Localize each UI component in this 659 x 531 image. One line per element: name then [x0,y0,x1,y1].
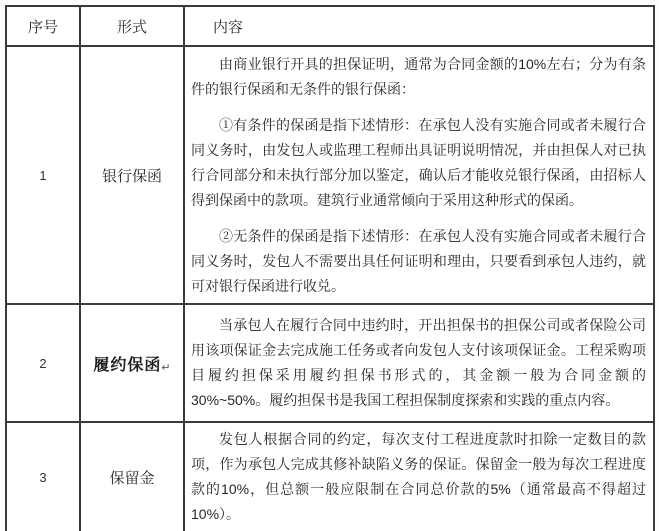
guarantee-forms-table: 序号 形式 内容 1 银行保函 由商业银行开具的担保证明，通常为合同金额的10%… [5,5,655,531]
column-header-number: 序号 [6,6,80,46]
form-label-performance-guarantee: 履约保函↵ [80,304,184,422]
document-page: 序号 形式 内容 1 银行保函 由商业银行开具的担保证明，通常为合同金额的10%… [0,0,659,531]
content-paragraph: 由商业银行开具的担保证明，通常为合同金额的10%左右；分为有条件的银行保函和无条… [191,52,646,102]
row-number: 3 [6,422,80,531]
content-cell-bank-guarantee: 由商业银行开具的担保证明，通常为合同金额的10%左右；分为有条件的银行保函和无条… [184,46,654,304]
content-paragraph: ②无条件的保函是指下述情形：在承包人没有实施合同或者未履行合同义务时，发包人不需… [191,224,646,299]
row-number: 2 [6,304,80,422]
content-paragraph: 发包人根据合同的约定，每次支付工程进度款时扣除一定数目的款项，作为承包人完成其修… [191,427,646,527]
form-label-bank-guarantee: 银行保函 [80,46,184,304]
column-header-content: 内容 [184,6,654,46]
form-label-retention-money: 保留金 [80,422,184,531]
row-number: 1 [6,46,80,304]
line-break-mark-icon: ↵ [161,362,170,374]
content-paragraph: ①有条件的保函是指下述情形：在承包人没有实施合同或者未履行合同义务时，由发包人或… [191,113,646,213]
header-row: 序号 形式 内容 [6,6,654,46]
content-paragraph: 当承包人在履行合同中违约时，开出担保书的担保公司或者保险公司用该项保证金去完成施… [191,313,646,413]
form-label-text: 履约保函 [93,357,161,374]
table-row-retention-money: 3 保留金 发包人根据合同的约定，每次支付工程进度款时扣除一定数目的款项，作为承… [6,422,654,531]
column-header-form: 形式 [80,6,184,46]
table-row-performance-guarantee: 2 履约保函↵ 当承包人在履行合同中违约时，开出担保书的担保公司或者保险公司用该… [6,304,654,422]
table-row-bank-guarantee: 1 银行保函 由商业银行开具的担保证明，通常为合同金额的10%左右；分为有条件的… [6,46,654,304]
content-cell-performance-guarantee: 当承包人在履行合同中违约时，开出担保书的担保公司或者保险公司用该项保证金去完成施… [184,304,654,422]
content-cell-retention-money: 发包人根据合同的约定，每次支付工程进度款时扣除一定数目的款项，作为承包人完成其修… [184,422,654,531]
